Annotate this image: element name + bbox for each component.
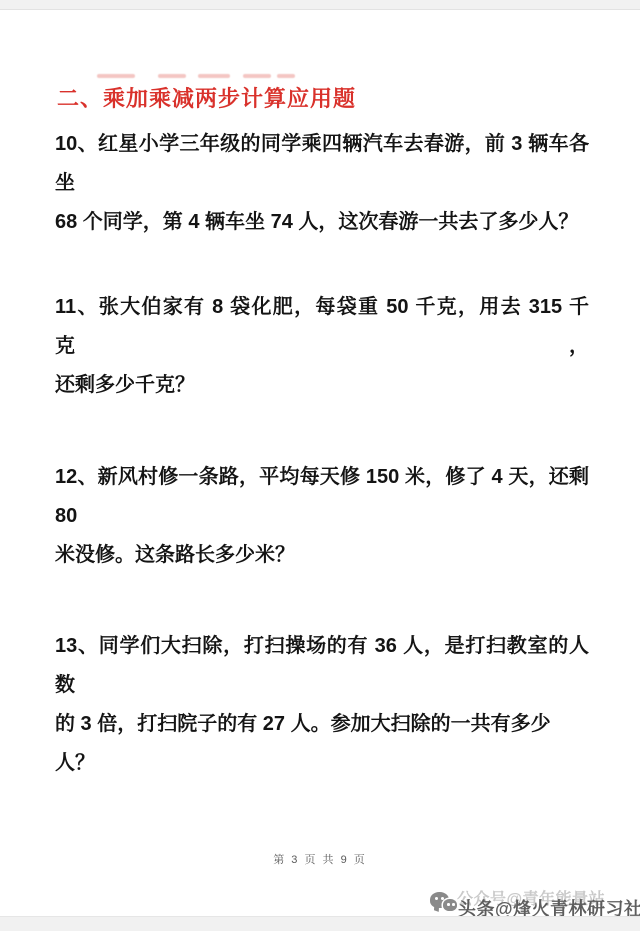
problem-10-line-2: 68 个同学，第 4 辆车坐 74 人，这次春游一共去了多少人？ bbox=[55, 203, 589, 242]
problem-11-line-2: 还剩多少千克？ bbox=[55, 366, 589, 405]
red-fragment-mark bbox=[198, 74, 230, 78]
section-title: 二、乘加乘减两步计算应用题 bbox=[57, 84, 597, 114]
red-fragment-mark bbox=[243, 74, 271, 78]
problem-12-line-1: 12、新风村修一条路，平均每天修 150 米，修了 4 天，还剩 80 bbox=[55, 458, 589, 536]
watermark: 公众号@青年能量站 头条@烽火青林研习社 bbox=[430, 885, 640, 917]
wechat-bubble-small bbox=[443, 899, 457, 911]
problem-13-line-2: 的 3 倍，打扫院子的有 27 人。参加大扫除的一共有多少人？ bbox=[55, 705, 589, 783]
wechat-bubble-eye bbox=[435, 897, 438, 900]
problem-13-line-1: 13、同学们大扫除，打扫操场的有 36 人，是打扫教室的人数 bbox=[55, 627, 589, 705]
problem-10-line-1: 10、红星小学三年级的同学乘四辆汽车去春游，前 3 辆车各坐 bbox=[55, 125, 589, 203]
worksheet-page: { "page": { "section_title": "二、乘加乘减两步计算… bbox=[0, 0, 640, 931]
red-fragment-mark bbox=[158, 74, 186, 78]
bottom-gray-strip bbox=[0, 916, 640, 931]
wechat-bubble-eye bbox=[441, 897, 444, 900]
cropped-red-text-fragment bbox=[0, 74, 640, 80]
problem-11-line-1: 11、张大伯家有 8 袋化肥，每袋重 50 千克，用去 315 千克， bbox=[55, 288, 589, 366]
red-fragment-mark bbox=[277, 74, 295, 78]
wechat-bubble-eye bbox=[447, 903, 450, 906]
problem-12-line-2: 米没修。这条路长多少米？ bbox=[55, 536, 589, 575]
wechat-bubble-eye bbox=[452, 903, 455, 906]
page-number-footer: 第 3 页 共 9 页 bbox=[0, 851, 640, 867]
problem-11: 11、张大伯家有 8 袋化肥，每袋重 50 千克，用去 315 千克， 还剩多少… bbox=[55, 288, 589, 405]
top-gray-strip bbox=[0, 0, 640, 10]
wechat-icon bbox=[430, 892, 460, 916]
problem-12: 12、新风村修一条路，平均每天修 150 米，修了 4 天，还剩 80 米没修。… bbox=[55, 458, 589, 575]
red-fragment-mark bbox=[97, 74, 135, 78]
wechat-bubble-tail bbox=[434, 905, 439, 912]
problem-10: 10、红星小学三年级的同学乘四辆汽车去春游，前 3 辆车各坐 68 个同学，第 … bbox=[55, 125, 589, 242]
problem-13: 13、同学们大扫除，打扫操场的有 36 人，是打扫教室的人数 的 3 倍，打扫院… bbox=[55, 627, 589, 783]
